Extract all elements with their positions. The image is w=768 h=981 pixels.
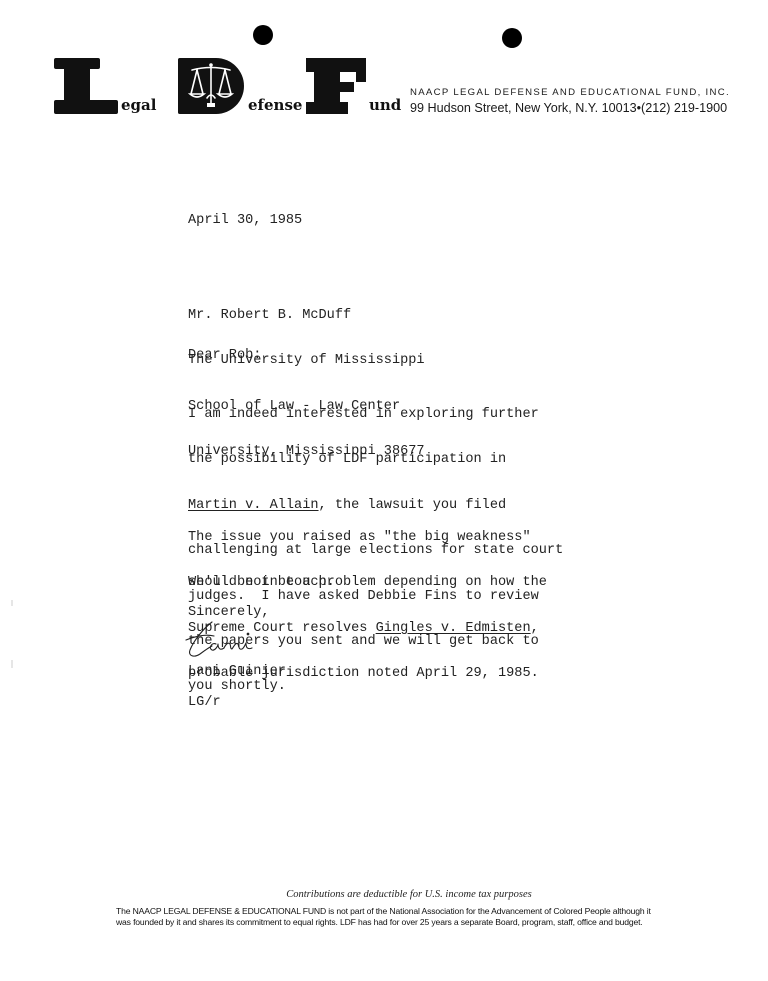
logo-letter-f (306, 58, 366, 114)
decorative-dot (502, 28, 522, 48)
logo-word-egal: egal (121, 98, 156, 113)
handwritten-signature: Lani (182, 618, 262, 664)
scan-artifact (11, 600, 13, 606)
notice-line: The NAACP LEGAL DEFENSE & EDUCATIONAL FU… (116, 906, 716, 917)
reference-initials: LG/r (188, 695, 221, 710)
scales-of-justice-icon (188, 62, 234, 110)
recipient-name: Mr. Robert B. McDuff (188, 308, 425, 323)
organization-name: NAACP LEGAL DEFENSE AND EDUCATIONAL FUND… (410, 86, 730, 100)
signer-name: Lani Guinier (188, 664, 286, 679)
organization-address: 99 Hudson Street, New York, N.Y. 10013•(… (410, 100, 730, 116)
salutation: Dear Rob: (188, 348, 261, 363)
decorative-dot (253, 25, 273, 45)
closing-line: We'll be in touch. (188, 575, 335, 590)
letter-date: April 30, 1985 (188, 213, 302, 228)
logo-letter-l (54, 56, 112, 116)
scan-artifact (11, 660, 13, 668)
text-fragment: , (531, 621, 539, 636)
case-name-gingles-v-edmisten: Gingles v. Edmisten (376, 621, 531, 636)
tax-deductible-note: Contributions are deductible for U.S. in… (0, 889, 768, 900)
organization-notice: The NAACP LEGAL DEFENSE & EDUCATIONAL FU… (116, 906, 716, 928)
text-line: the possibility of LDF participation in (188, 452, 563, 467)
text-line: I am indeed interested in exploring furt… (188, 407, 563, 422)
logo-word-und: und (369, 98, 401, 113)
logo-word-efense: efense (248, 98, 302, 113)
notice-line: was founded by it and shares its commitm… (116, 917, 716, 928)
text-line: The issue you raised as "the big weaknes… (188, 530, 547, 545)
ldf-logo: egal efense und (54, 56, 389, 120)
organization-block: NAACP LEGAL DEFENSE AND EDUCATIONAL FUND… (410, 86, 730, 116)
